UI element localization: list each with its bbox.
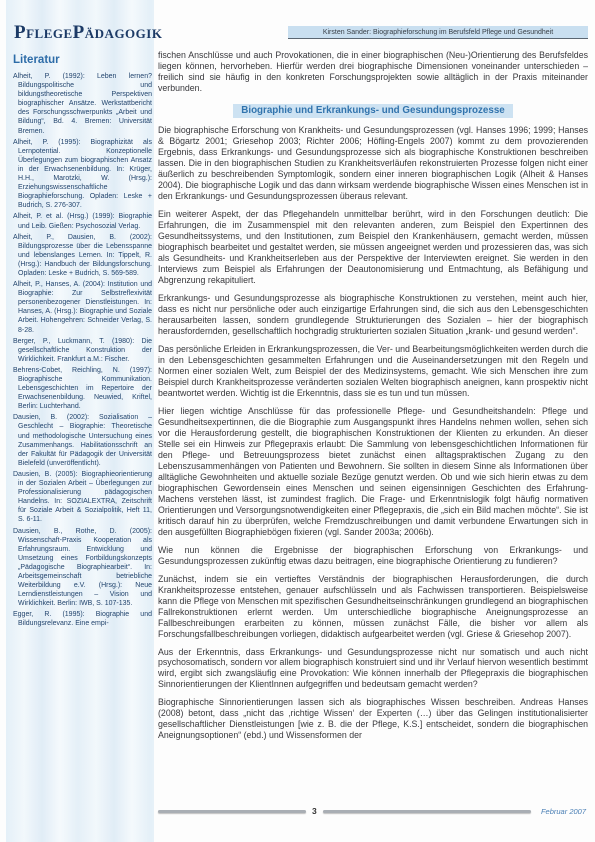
- page-number: 3: [306, 806, 323, 816]
- body-paragraph: Ein weiterer Aspekt, der das Pflegehande…: [158, 209, 588, 286]
- body-paragraph: Die biographische Erforschung von Krankh…: [158, 125, 588, 202]
- body-paragraph: Aus der Erkenntnis, dass Erkrankungs- un…: [158, 647, 588, 691]
- footer-rule-left: [158, 810, 306, 813]
- section-heading: Biographie und Erkrankungs- und Gesundun…: [233, 104, 512, 118]
- page-footer: 3 Februar 2007: [158, 806, 586, 816]
- reference-entry: Berger, P., Luckmann, T. (1980): Die ges…: [13, 337, 152, 364]
- reference-entry: Dausien, B., Rothe, D. (2005): Wissensch…: [13, 527, 152, 609]
- reference-entry: Alheit, P., Hanses, A. (2004): Instituti…: [13, 280, 152, 335]
- body-paragraph: fischen Anschlüsse und auch Provokatione…: [158, 50, 588, 94]
- literature-sidebar: Literatur Alheit, P. (1992): Leben lerne…: [13, 54, 152, 631]
- body-paragraph: Hier liegen wichtige Anschlüsse für das …: [158, 406, 588, 538]
- reference-entry: Alheit, P. et al. (Hrsg.) (1999): Biogra…: [13, 212, 152, 230]
- literature-heading: Literatur: [13, 54, 152, 66]
- reference-entry: Alheit, P. (1992): Leben lernen? Bildung…: [13, 72, 152, 136]
- running-header: Kirsten Sander: Biographieforschung im B…: [288, 26, 588, 39]
- reference-entry: Alheit, P., Dausien, B. (2002): Bildungs…: [13, 233, 152, 278]
- reference-entry: Behrens-Cobet, Reichling, N. (1997): Bio…: [13, 366, 152, 411]
- article-body: fischen Anschlüsse und auch Provokatione…: [158, 50, 588, 748]
- reference-entry: Egger, R. (1995): Biographie und Bildung…: [13, 610, 152, 628]
- footer-rule-right: [323, 810, 531, 813]
- body-paragraph: Biographische Sinnorientierungen lassen …: [158, 697, 588, 741]
- journal-section-title: PflegePädagogik: [14, 22, 244, 44]
- body-paragraph: Erkrankungs- und Gesundungsprozesse als …: [158, 293, 588, 337]
- reference-entry: Dausien, B. (2005): Biographieorientieru…: [13, 470, 152, 525]
- reference-entry: Dausien, B. (2002): Sozialisation – Gesc…: [13, 413, 152, 468]
- body-paragraph: Zunächst, indem sie ein vertieftes Verst…: [158, 574, 588, 640]
- body-paragraph: Das persönliche Erleiden in Erkrankungsp…: [158, 344, 588, 399]
- issue-label: Februar 2007: [541, 807, 586, 816]
- section-heading-row: Biographie und Erkrankungs- und Gesundun…: [158, 104, 588, 118]
- journal-page: PflegePädagogik Kirsten Sander: Biograph…: [0, 0, 595, 842]
- body-paragraph: Wie nun können die Ergebnisse der biogra…: [158, 545, 588, 567]
- reference-entry: Alheit, P. (1995): Biographizität als Le…: [13, 138, 152, 211]
